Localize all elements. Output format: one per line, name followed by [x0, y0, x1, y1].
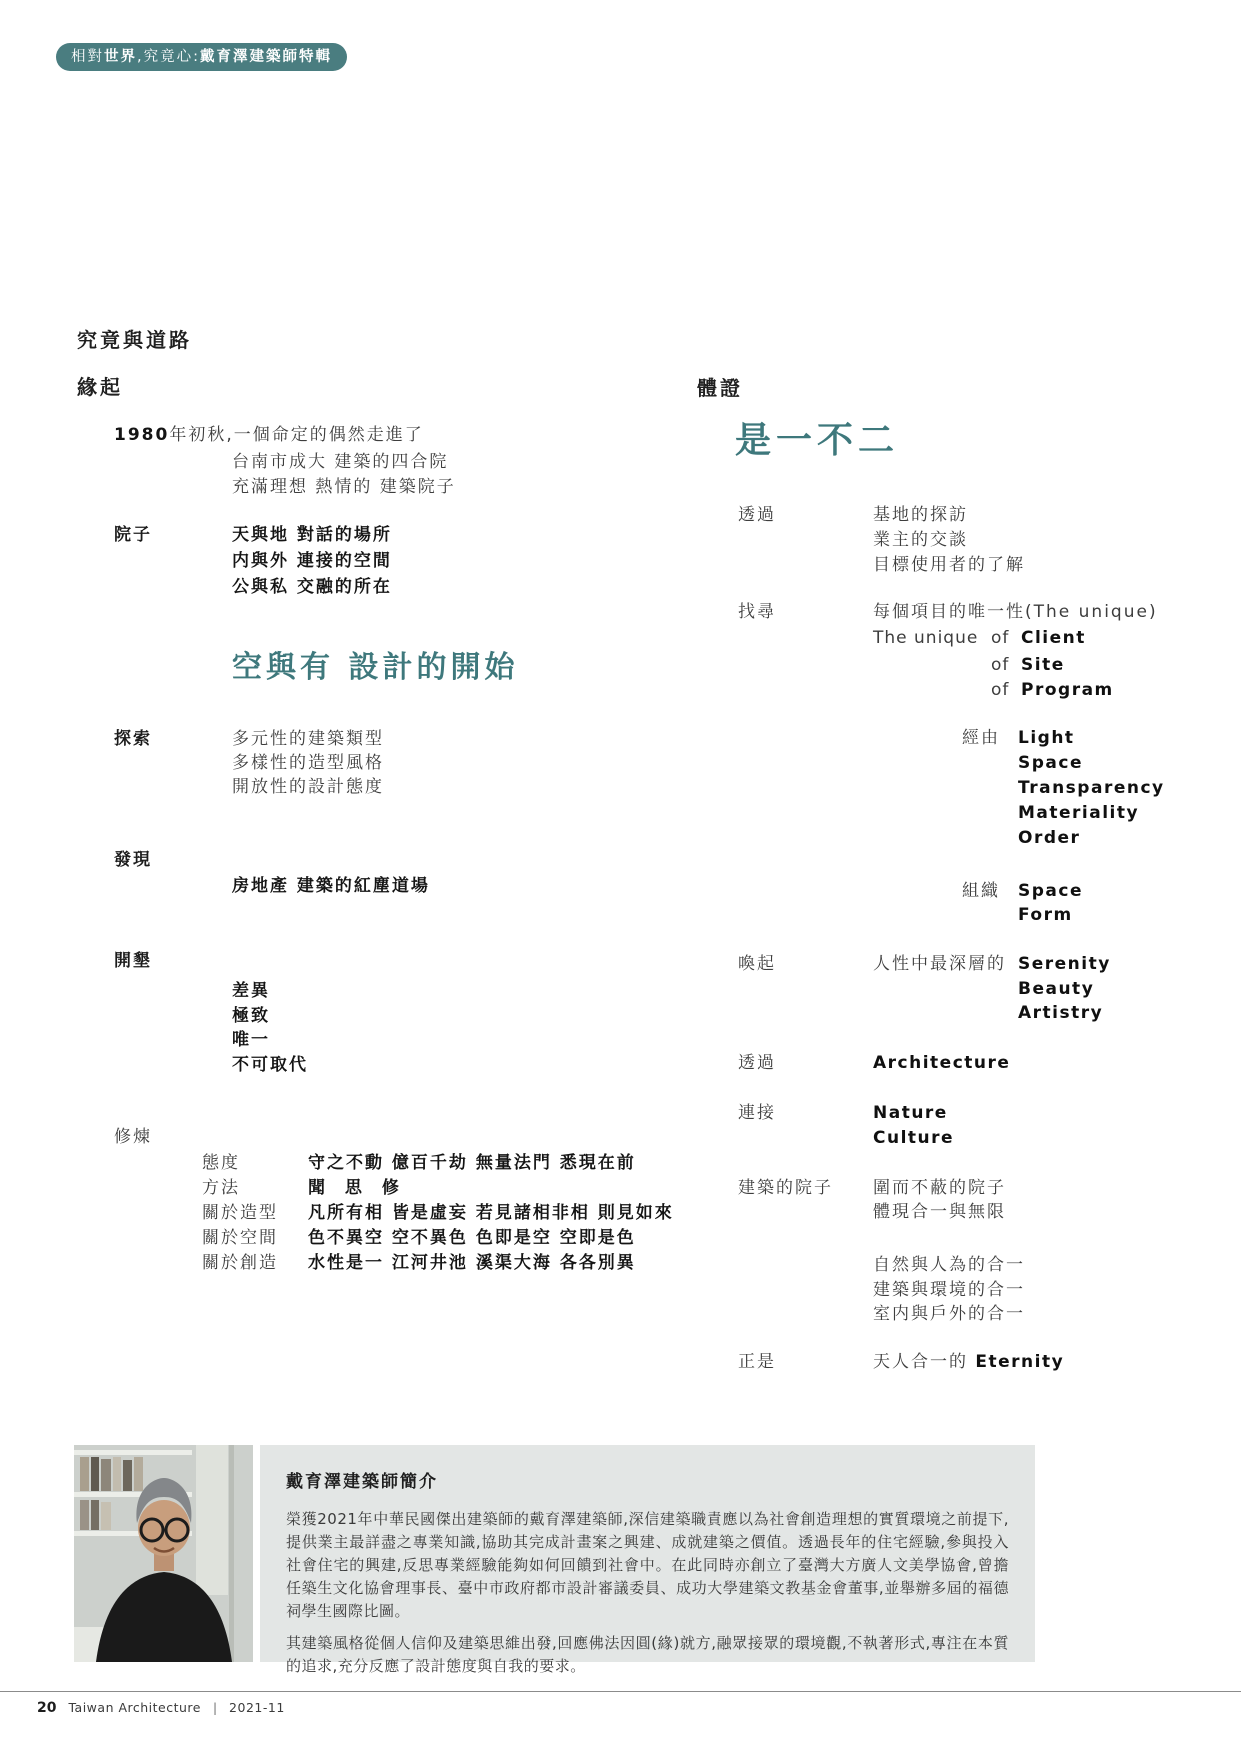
explore-line-2: 多樣性的造型風格	[232, 753, 384, 773]
footer-separator: |	[213, 1701, 217, 1715]
through1-line-3: 目標使用者的了解	[873, 555, 1025, 575]
through2-value: Architecture	[873, 1053, 1010, 1073]
practice-row-label: 關於空間	[202, 1228, 278, 1248]
arch-yard-line-5: 室内與戶外的合一	[873, 1304, 1025, 1324]
cultivate-line-1: 差異	[232, 981, 270, 1001]
left-heading-origin: 緣起	[77, 377, 123, 397]
practice-label: 修煉	[114, 1127, 152, 1147]
issue-date: 2021-11	[229, 1700, 285, 1715]
left-teal-heading: 空與有 設計的開始	[232, 651, 518, 685]
practice-row-label: 關於創造	[202, 1253, 278, 1273]
seek-unique-program: ofProgram	[873, 680, 1114, 700]
yard-line-2: 内與外 連接的空間	[232, 551, 392, 571]
footer-rule	[0, 1691, 1241, 1692]
seek-line-1: 每個項目的唯一性(The unique)	[873, 602, 1158, 622]
bio-title: 戴育澤建築師簡介	[286, 1467, 1009, 1492]
seek-site: Site	[1021, 655, 1065, 675]
badge-part-2: 世界	[104, 49, 137, 65]
magazine-name: Taiwan Architecture	[68, 1700, 201, 1715]
origin-line-1: 1980年初秋,一個命定的偶然走進了	[114, 425, 424, 445]
evoke-label: 喚起	[738, 954, 776, 974]
through2-label: 透過	[738, 1053, 776, 1073]
yard-label: 院子	[114, 525, 152, 545]
discover-line-1: 房地產 建築的紅塵道場	[232, 876, 430, 896]
practice-row-label: 態度	[202, 1153, 240, 1173]
practice-row-value: 色不異空 空不異色 色即是空 空即是色	[308, 1228, 636, 1248]
section-title: 究竟與道路	[77, 330, 192, 350]
yard-line-3: 公與私 交融的所在	[232, 577, 392, 597]
arch-yard-line-3: 自然與人為的合一	[873, 1255, 1025, 1275]
connect-item: Nature	[873, 1103, 948, 1123]
arch-yard-line-1: 圍而不蔽的院子	[873, 1178, 1006, 1198]
right-heading-realization: 體證	[697, 378, 743, 398]
exactly-line: 天人合一的 Eternity	[873, 1352, 1064, 1372]
practice-row-label: 關於造型	[202, 1203, 278, 1223]
seek-of: of	[991, 655, 1021, 675]
origin-line-2: 台南市成大 建築的四合院	[232, 452, 448, 472]
seek-of: of	[991, 680, 1021, 700]
right-teal-heading: 是一不二	[735, 421, 899, 461]
seek-of: of	[991, 628, 1021, 648]
evoke-item: Serenity	[1018, 954, 1111, 974]
cultivate-line-3: 唯一	[232, 1030, 270, 1050]
discover-label: 發現	[114, 850, 152, 870]
practice-row-label: 方法	[202, 1178, 240, 1198]
page-number: 20	[37, 1700, 56, 1716]
connect-item: Culture	[873, 1128, 954, 1148]
via-item: Transparency	[1018, 778, 1165, 798]
badge-part-4: 戴育澤建築師特輯	[200, 49, 332, 65]
badge-part-3: ,究竟心:	[137, 49, 200, 65]
feature-badge: 相對世界,究竟心:戴育澤建築師特輯	[56, 43, 347, 71]
evoke-prefix: 人性中最深層的	[873, 954, 1006, 974]
evoke-item: Beauty	[1018, 979, 1094, 999]
magazine-page: 相對世界,究竟心:戴育澤建築師特輯 究竟與道路 緣起 1980年初秋,一個命定的…	[0, 0, 1241, 1755]
organize-item: Form	[1018, 905, 1073, 925]
seek-unique-prefix: The unique	[873, 628, 991, 648]
organize-label: 組織	[962, 881, 1000, 901]
exactly-prefix: 天人合一的	[873, 1352, 975, 1372]
architect-photo	[74, 1445, 253, 1662]
seek-label: 找尋	[738, 602, 776, 622]
explore-line-3: 開放性的設計態度	[232, 777, 384, 797]
origin-year: 1980	[114, 425, 169, 445]
cultivate-label: 開墾	[114, 951, 152, 971]
exactly-label: 正是	[738, 1352, 776, 1372]
organize-item: Space	[1018, 881, 1083, 901]
yard-line-1: 天與地 對話的場所	[232, 525, 392, 545]
explore-line-1: 多元性的建築類型	[232, 729, 384, 749]
origin-line-1-text: 年初秋,一個命定的偶然走進了	[169, 425, 423, 445]
practice-row-value: 守之不動 億百千劫 無量法門 悉現在前	[308, 1153, 636, 1173]
through1-line-1: 基地的探訪	[873, 505, 968, 525]
exactly-value: Eternity	[975, 1352, 1064, 1372]
explore-label: 探索	[114, 729, 152, 749]
via-item: Order	[1018, 828, 1080, 848]
through1-line-2: 業主的交談	[873, 530, 968, 550]
arch-yard-label: 建築的院子	[738, 1178, 833, 1198]
origin-line-3: 充滿理想 熱情的 建築院子	[232, 477, 456, 497]
evoke-item: Artistry	[1018, 1003, 1103, 1023]
seek-client: Client	[1021, 628, 1086, 648]
practice-row-value: 水性是一 江河井池 溪渠大海 各各別異	[308, 1253, 636, 1273]
page-footer: 20 Taiwan Architecture | 2021-11	[37, 1700, 285, 1716]
arch-yard-line-2: 體現合一與無限	[873, 1202, 1006, 1222]
badge-part-1: 相對	[71, 49, 104, 65]
cultivate-line-4: 不可取代	[232, 1055, 308, 1075]
through1-label: 透過	[738, 505, 776, 525]
connect-label: 連接	[738, 1103, 776, 1123]
bio-box: 戴育澤建築師簡介 榮獲2021年中華民國傑出建築師的戴育澤建築師,深信建築職責應…	[260, 1445, 1035, 1662]
seek-unique-site: ofSite	[873, 655, 1065, 675]
arch-yard-line-4: 建築與環境的合一	[873, 1280, 1025, 1300]
via-item: Light	[1018, 728, 1075, 748]
practice-row-value: 聞 思 修	[308, 1178, 401, 1198]
via-item: Space	[1018, 753, 1083, 773]
seek-unique-client: The uniqueofClient	[873, 628, 1086, 648]
bio-paragraph-2: 其建築風格從個人信仰及建築思維出發,回應佛法因圓(緣)就方,融眾接眾的環境觀,不…	[286, 1632, 1009, 1678]
via-label: 經由	[962, 728, 1000, 748]
via-item: Materiality	[1018, 803, 1139, 823]
cultivate-line-2: 極致	[232, 1006, 270, 1026]
seek-program: Program	[1021, 680, 1114, 700]
practice-row-value: 凡所有相 皆是虛妄 若見諸相非相 則見如來	[308, 1203, 674, 1223]
bio-paragraph-1: 榮獲2021年中華民國傑出建築師的戴育澤建築師,深信建築職責應以為社會創造理想的…	[286, 1508, 1009, 1623]
